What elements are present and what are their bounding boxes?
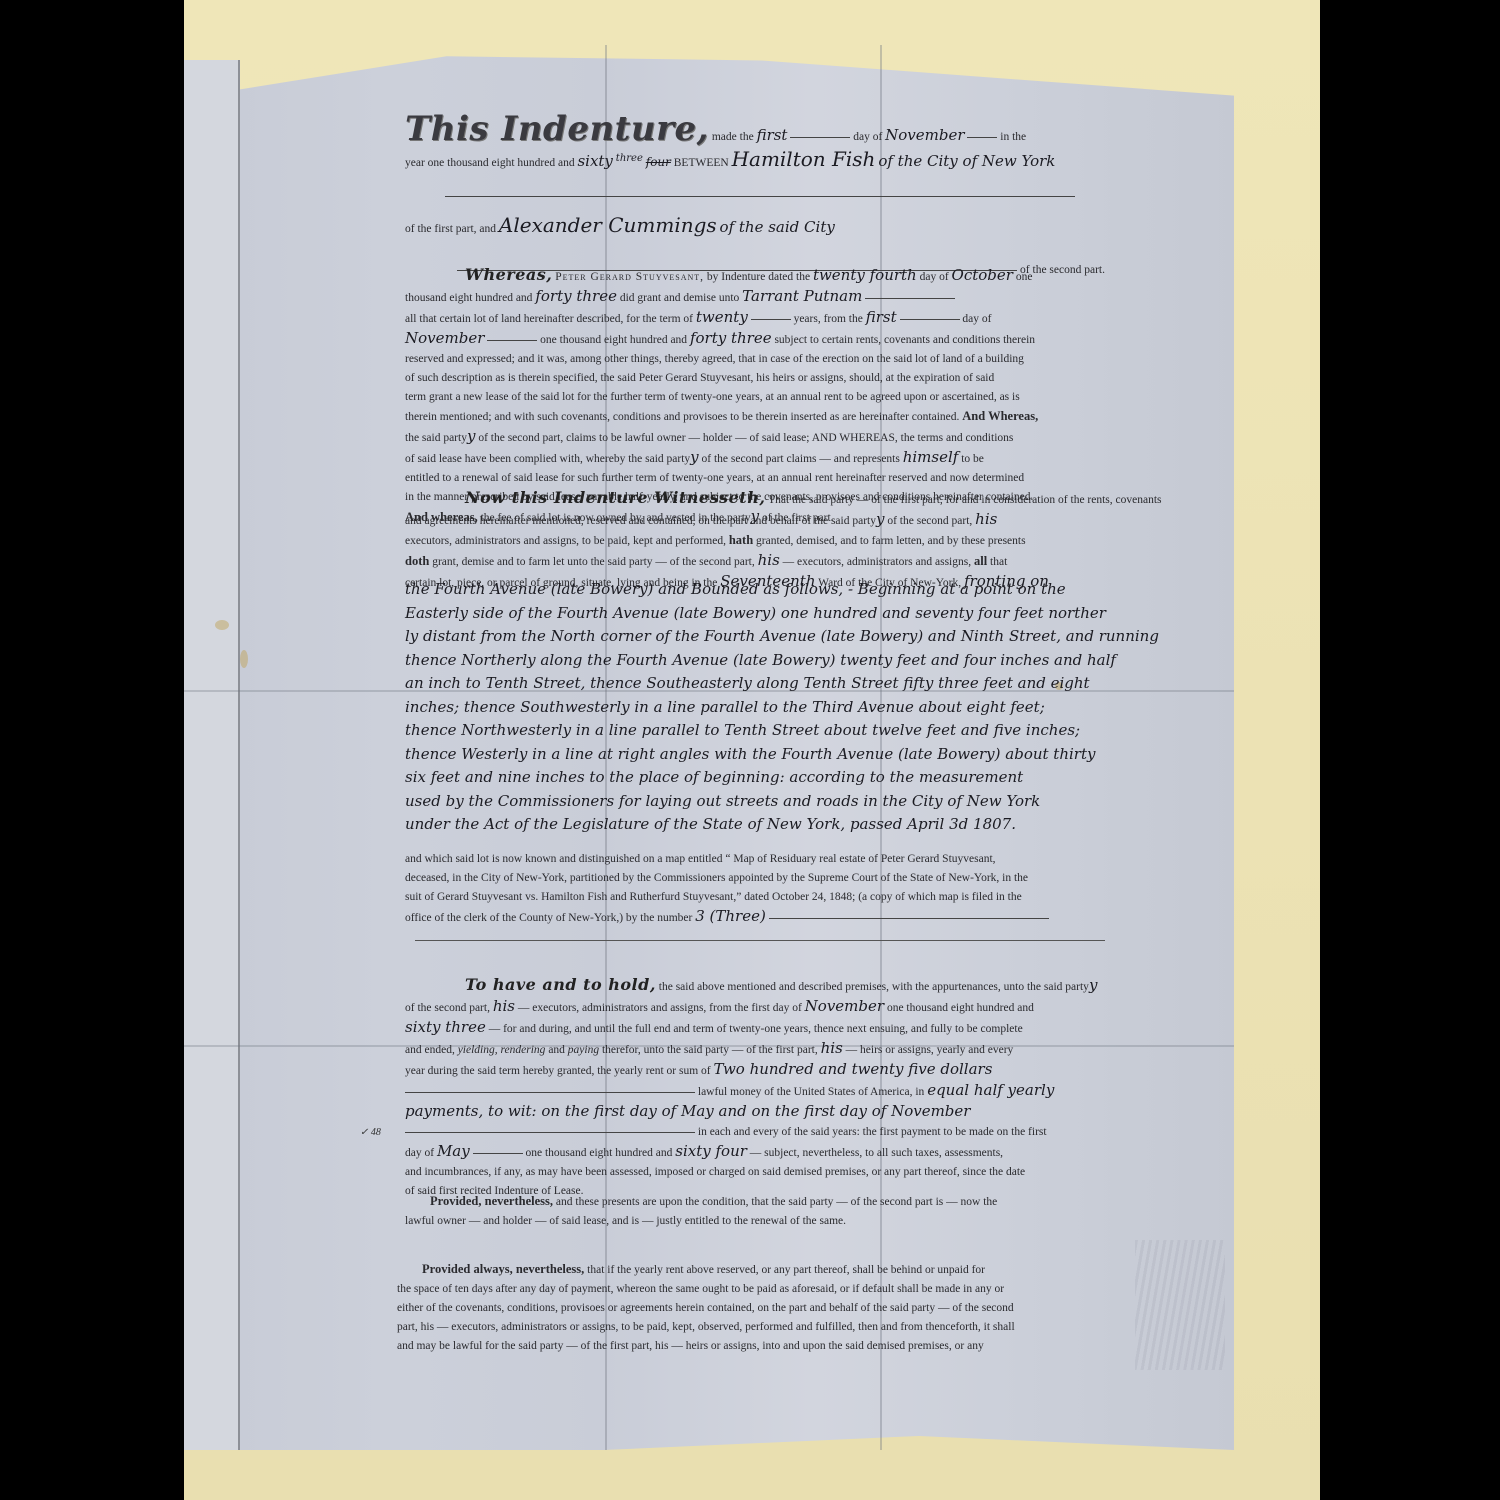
lessor-name: Peter Gerard Stuyvesant,: [555, 271, 704, 283]
second-party-name: Alexander Cummings: [499, 213, 717, 237]
folded-left-flap: [184, 60, 240, 1450]
printed-text: granted, demised, and to farm letten, an…: [756, 535, 1026, 547]
printed-text: all that certain lot of land hereinafter…: [405, 313, 693, 325]
printed-text: subject to certain rents, covenants and …: [774, 334, 1035, 346]
printed-text: day of: [962, 313, 991, 325]
printed-text: grant, demise and to farm let unto the s…: [432, 556, 755, 568]
handwritten-fill: himself: [903, 448, 959, 466]
struck-year: four: [646, 155, 671, 169]
printed-text: and may be lawful for the said party — o…: [397, 1340, 984, 1352]
handwritten-fill: forty three: [690, 329, 772, 347]
printed-text: and incumbrances, if any, as may have be…: [405, 1166, 1025, 1178]
margin-checkmark-note: ✓ 48: [360, 1123, 381, 1142]
printed-text: — subject, nevertheless, to all such tax…: [750, 1147, 1003, 1159]
handwritten-fill: twenty fourth: [813, 266, 917, 284]
printed-text: and agreements hereinafter mentioned, re…: [405, 515, 876, 527]
bold-text: hath: [729, 533, 753, 547]
description-line: thence Northwesterly in a line parallel …: [405, 719, 1105, 743]
handwritten-month: November: [885, 126, 964, 144]
printed-text: therein mentioned; and with such covenan…: [405, 411, 959, 423]
payment-schedule: payments, to wit: on the first day of Ma…: [405, 1102, 970, 1120]
fill-line: [473, 1153, 523, 1154]
printed-text: in the: [1000, 131, 1026, 143]
bold-text: all: [974, 554, 987, 568]
printed-text: part, his — executors, administrators or…: [397, 1321, 1015, 1333]
handwritten-fill: sixty four: [675, 1142, 747, 1160]
printed-text: one thousand eight hundred and: [887, 1002, 1034, 1014]
fill-line: [445, 196, 1075, 197]
printed-text: thousand eight hundred and: [405, 292, 532, 304]
handwritten-fill: sixty three: [405, 1018, 486, 1036]
printed-text: did grant and demise unto: [620, 292, 739, 304]
handwritten-day: first: [757, 126, 788, 144]
printed-text: entitled to a renewal of said lease for …: [405, 472, 1024, 484]
description-line: the Fourth Avenue (late Bowery) and Boun…: [405, 578, 1105, 602]
printed-text: day of: [405, 1147, 434, 1159]
printed-text: the said above mentioned and described p…: [659, 981, 1089, 993]
printed-text: either of the covenants, conditions, pro…: [397, 1302, 1014, 1314]
printed-text: executors, administrators and assigns, t…: [405, 535, 726, 547]
fill-line: [790, 137, 850, 138]
handwritten-fill: his: [493, 997, 515, 1015]
handwritten-year: sixty: [577, 152, 612, 170]
witnesseth-heading: Now this Indenture Witnesseth,: [465, 488, 765, 507]
printed-text: office of the clerk of the County of New…: [405, 912, 692, 924]
handwritten-fill: Tarrant Putnam: [742, 287, 862, 305]
handwritten-fill: his: [821, 1039, 843, 1057]
printed-text: — executors, administrators and assigns,: [783, 556, 971, 568]
fill-line: [487, 340, 537, 341]
printed-text: year one thousand eight hundred and: [405, 157, 575, 169]
printed-text: years, from the: [794, 313, 863, 325]
printed-text: in each and every of the said years: the…: [698, 1126, 1047, 1138]
ink-smudge: [1135, 1240, 1225, 1370]
printed-text: and which said lot is now known and dist…: [405, 850, 1105, 869]
yearly-rent-amount: Two hundred and twenty five dollars: [713, 1060, 992, 1078]
printed-text: suit of Gerard Stuyvesant vs. Hamilton F…: [405, 888, 1105, 907]
fill-line: [900, 319, 960, 320]
bold-text: doth: [405, 554, 429, 568]
description-line: six feet and nine inches to the place of…: [405, 766, 1105, 790]
printed-text: of the second part claims — and represen…: [702, 453, 900, 465]
printed-text: one thousand eight hundred and: [540, 334, 687, 346]
printed-text: term grant a new lease of the said lot f…: [405, 391, 1020, 403]
printed-text: of the second part,: [405, 1002, 490, 1014]
printed-text: therefor, unto the said party — of the f…: [602, 1044, 818, 1056]
printed-text: of such description as is therein specif…: [405, 372, 994, 384]
printed-text: year during the said term hereby granted…: [405, 1065, 711, 1077]
property-description: the Fourth Avenue (late Bowery) and Boun…: [405, 578, 1105, 837]
printed-text: to be: [961, 453, 984, 465]
habendum-clause: ✓ 48 To have and to hold, the said above…: [405, 975, 1105, 1201]
lot-number: 3 (Three): [695, 907, 766, 925]
handwritten-year-correction: three: [616, 153, 643, 164]
description-line: an inch to Tenth Street, thence Southeas…: [405, 672, 1105, 696]
printed-text: reserved and expressed; and it was, amon…: [405, 353, 1024, 365]
description-line: inches; thence Southwesterly in a line p…: [405, 696, 1105, 720]
printed-text: deceased, in the City of New-York, parti…: [405, 869, 1105, 888]
printed-text: of said lease have been complied with, w…: [405, 453, 690, 465]
printed-text: by Indenture dated the: [707, 271, 810, 283]
printed-text: and: [548, 1044, 565, 1056]
preamble: This Indenture, made the first day of No…: [405, 120, 1105, 280]
document-title: This Indenture,: [405, 109, 709, 149]
handwritten-fill: twenty: [696, 308, 748, 326]
handwritten-fill: y: [876, 510, 884, 528]
italic-text: yielding, rendering: [458, 1044, 546, 1056]
fill-line: [865, 298, 955, 299]
proviso-nevertheless: Provided, nevertheless, and these presen…: [405, 1192, 1105, 1231]
handwritten-fill: his: [975, 510, 997, 528]
italic-text: paying: [568, 1044, 599, 1056]
fill-line: [405, 1092, 695, 1093]
handwritten-fill: November: [405, 329, 484, 347]
proviso-always-nevertheless: Provided always, nevertheless, that if t…: [397, 1260, 1105, 1356]
whereas-heading: Whereas,: [465, 265, 552, 284]
handwritten-fill: his: [758, 551, 780, 569]
handwritten-fill: equal half yearly: [927, 1081, 1054, 1099]
description-line: under the Act of the Legislature of the …: [405, 813, 1105, 837]
stain: [240, 650, 248, 668]
description-line: thence Northerly along the Fourth Avenue…: [405, 649, 1105, 673]
fill-line: [405, 1132, 695, 1133]
description-line: thence Westerly in a line at right angle…: [405, 743, 1105, 767]
fill-line: [769, 918, 1049, 919]
map-reference: and which said lot is now known and dist…: [405, 850, 1105, 928]
printed-text: lawful owner — and holder — of said leas…: [405, 1215, 846, 1227]
printed-text: — for and during, and until the full end…: [489, 1023, 1023, 1035]
printed-text: and these presents are upon the conditio…: [556, 1196, 997, 1208]
bold-text: Provided, nevertheless,: [430, 1194, 553, 1208]
description-line: ly distant from the North corner of the …: [405, 625, 1105, 649]
printed-text: that if the yearly rent above reserved, …: [587, 1264, 985, 1276]
printed-text: day of: [920, 271, 949, 283]
first-party-residence: of the City of New York: [878, 152, 1055, 170]
printed-text: That the said party — of the first part,…: [768, 494, 1161, 506]
printed-text: the said party: [405, 432, 467, 444]
printed-text: one thousand eight hundred and: [525, 1147, 672, 1159]
second-party-residence: of the said City: [720, 218, 835, 236]
stain: [215, 620, 229, 630]
printed-text: made the: [712, 131, 754, 143]
habendum-heading: To have and to hold,: [465, 975, 656, 994]
bold-text: And Whereas,: [962, 409, 1038, 423]
handwritten-fill: y: [690, 448, 698, 466]
printed-text: of the second part, claims to be lawful …: [478, 432, 1013, 444]
printed-text: and ended,: [405, 1044, 455, 1056]
printed-text: of the second part,: [887, 515, 972, 527]
handwritten-fill: y: [1089, 976, 1097, 994]
description-line: used by the Commissioners for laying out…: [405, 790, 1105, 814]
handwritten-fill: y: [467, 427, 475, 445]
printed-text: of the first part, and: [405, 223, 496, 235]
handwritten-fill: May: [437, 1142, 470, 1160]
fill-line: [751, 319, 791, 320]
handwritten-fill: October: [952, 266, 1013, 284]
bold-text: Provided always, nevertheless,: [422, 1262, 584, 1276]
printed-text: day of: [853, 131, 882, 143]
printed-text: — heirs or assigns, yearly and every: [846, 1044, 1014, 1056]
handwritten-fill: November: [805, 997, 884, 1015]
first-party-name: Hamilton Fish: [732, 147, 876, 171]
handwritten-fill: forty three: [535, 287, 617, 305]
printed-text: lawful money of the United States of Ame…: [698, 1086, 924, 1098]
fill-line: [415, 940, 1105, 941]
handwritten-fill: first: [866, 308, 897, 326]
printed-text: BETWEEN: [674, 157, 729, 169]
printed-text: that: [990, 556, 1007, 568]
printed-text: the space of ten days after any day of p…: [397, 1283, 1004, 1295]
printed-text: — executors, administrators and assigns,…: [518, 1002, 802, 1014]
printed-text: one: [1016, 271, 1033, 283]
fill-line: [967, 137, 997, 138]
description-line: Easterly side of the Fourth Avenue (late…: [405, 602, 1105, 626]
